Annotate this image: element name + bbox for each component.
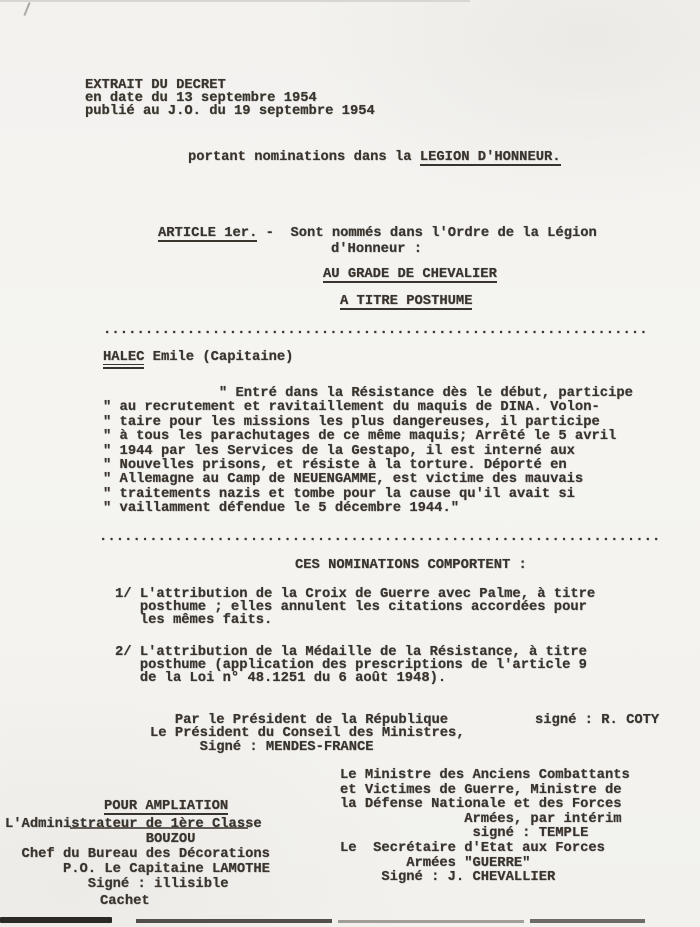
- posthume-heading-text: A TITRE POSTHUME: [340, 294, 472, 310]
- citation-paragraph: " Entré dans la Résistance dès le début,…: [103, 387, 633, 517]
- dotted-separator-top: ........................................…: [103, 324, 648, 338]
- grade-heading: AU GRADE DE CHEVALIER: [323, 268, 497, 282]
- recipient-name: HALEC: [103, 350, 144, 369]
- article-heading-line2: d'Honneur :: [331, 243, 422, 257]
- ampliation-heading: POUR AMPLIATION: [104, 800, 228, 814]
- subject-prefix: portant nominations dans la: [188, 150, 420, 165]
- nomination-item-2: 2/ L'attribution de la Médaille de la Ré…: [115, 646, 587, 686]
- subject-line: portant nominations dans la LEGION D'HON…: [188, 151, 561, 165]
- scan-artifact-bottom-strip-2: [136, 919, 332, 923]
- scan-artifact-slash-mark: [23, 2, 30, 16]
- posthume-heading: A TITRE POSTHUME: [340, 295, 472, 309]
- decree-header: EXTRAIT DU DECRET en date du 13 septembr…: [85, 79, 375, 119]
- dotted-separator-bottom: ........................................…: [99, 531, 660, 545]
- scan-artifact-top-edge: [0, 0, 470, 2]
- coty-signature: signé : R. COTY: [535, 714, 659, 728]
- document-page: EXTRAIT DU DECRET en date du 13 septembr…: [0, 0, 700, 927]
- nomination-item-1: 1/ L'attribution de la Croix de Guerre a…: [115, 588, 595, 628]
- ampliation-block: L'Administrateur de 1ère Classe BOUZOU C…: [5, 817, 270, 892]
- subject-emphasis: LEGION D'HONNEUR.: [420, 150, 561, 166]
- minister-signature-block: Le Ministre des Anciens Combattants et V…: [340, 769, 630, 886]
- article-text: - Sont nommés dans l'Ordre de la Légion: [257, 226, 596, 241]
- nominations-heading: CES NOMINATIONS COMPORTENT :: [295, 559, 527, 573]
- scan-artifact-bottom-strip-1: [0, 917, 112, 923]
- president-signature-block: Par le Président de la République Le Pré…: [150, 714, 465, 754]
- article-heading: ARTICLE 1er. - Sont nommés dans l'Ordre …: [158, 227, 597, 241]
- cachet-label: Cachet: [100, 895, 150, 909]
- recipient-title: Emile (Capitaine): [144, 350, 293, 365]
- scan-artifact-bottom-strip-4: [530, 919, 645, 923]
- ampliation-heading-text: POUR AMPLIATION: [104, 799, 228, 815]
- recipient-line: HALEC Emile (Capitaine): [103, 351, 293, 365]
- scan-artifact-bottom-strip-3: [338, 920, 524, 923]
- article-label: ARTICLE 1er.: [158, 226, 257, 242]
- grade-heading-text: AU GRADE DE CHEVALIER: [323, 267, 497, 283]
